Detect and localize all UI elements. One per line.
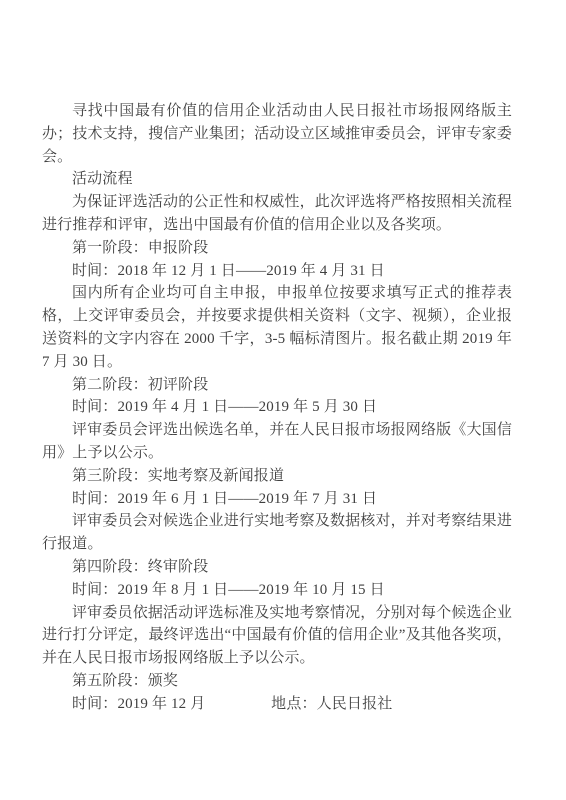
- section-heading-activity-process: 活动流程: [42, 168, 512, 191]
- stage3-time: 时间：2019 年 6 月 1 日——2019 年 7 月 31 日: [42, 488, 512, 511]
- stage1-time: 时间：2018 年 12 月 1 日——2019 年 4 月 31 日: [42, 260, 512, 283]
- paragraph-process-intro: 为保证评选活动的公正性和权威性，此次评选将严格按照相关流程进行推荐和评审，选出中…: [42, 191, 512, 237]
- stage5-time-location: 时间：2019 年 12 月 地点：人民日报社: [42, 693, 512, 716]
- stage2-title: 第二阶段：初评阶段: [42, 374, 512, 397]
- stage1-description: 国内所有企业均可自主申报，申报单位按要求填写正式的推荐表格，上交评审委员会，并按…: [42, 282, 512, 373]
- document-page: 寻找中国最有价值的信用企业活动由人民日报社市场报网络版主办；技术支持，搜信产业集…: [0, 0, 566, 800]
- stage4-time: 时间：2019 年 8 月 1 日——2019 年 10 月 15 日: [42, 579, 512, 602]
- stage4-title: 第四阶段：终审阶段: [42, 556, 512, 579]
- stage2-time: 时间：2019 年 4 月 1 日——2019 年 5 月 30 日: [42, 396, 512, 419]
- stage4-description: 评审委员依据活动评选标准及实地考察情况，分别对每个候选企业进行打分评定，最终评选…: [42, 602, 512, 670]
- stage5-location: 地点：人民日报社: [271, 696, 392, 712]
- paragraph-intro: 寻找中国最有价值的信用企业活动由人民日报社市场报网络版主办；技术支持，搜信产业集…: [42, 100, 512, 168]
- stage3-description: 评审委员会对候选企业进行实地考察及数据核对，并对考察结果进行报道。: [42, 510, 512, 556]
- stage5-title: 第五阶段：颁奖: [42, 670, 512, 693]
- stage3-title: 第三阶段：实地考察及新闻报道: [42, 465, 512, 488]
- stage1-title: 第一阶段：申报阶段: [42, 237, 512, 260]
- stage5-time: 时间：2019 年 12 月: [72, 696, 205, 712]
- document-body: 寻找中国最有价值的信用企业活动由人民日报社市场报网络版主办；技术支持，搜信产业集…: [42, 100, 512, 716]
- stage2-description: 评审委员会评选出候选名单，并在人民日报市场报网络版《大国信用》上予以公示。: [42, 419, 512, 465]
